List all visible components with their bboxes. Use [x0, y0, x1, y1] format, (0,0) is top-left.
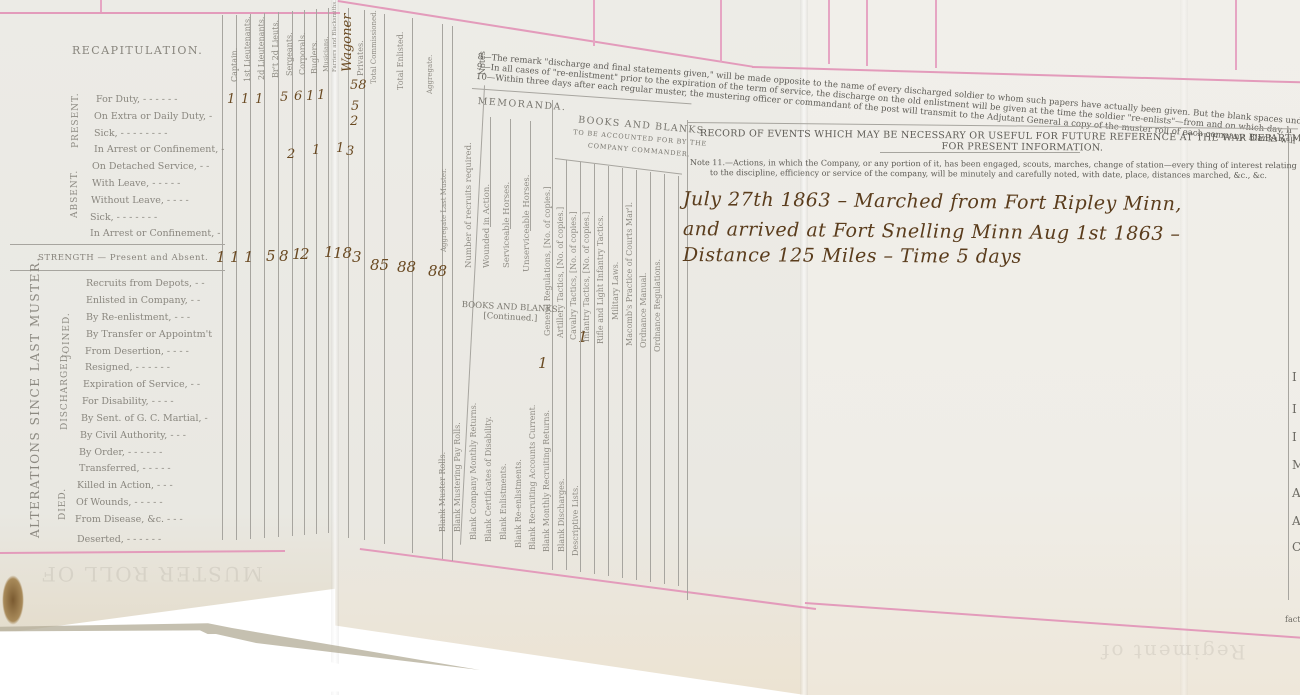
memo-col-recruits-required: Number of recruits required. — [464, 142, 474, 268]
row-label-without-leave: Without Leave, - - - - — [91, 195, 189, 206]
books-col-ordnance-regulations: Ordnance Regulations. — [653, 259, 662, 352]
grid-line — [650, 172, 651, 582]
row-label-resigned: Resigned, - - - - - - — [85, 362, 170, 373]
blank-muster-rolls: Blank Muster Rolls. — [438, 452, 447, 532]
row-label-arrest-present: In Arrest or Confinement, - — [94, 144, 224, 155]
edge-letter: A — [1292, 486, 1300, 500]
row-label-enlisted-company: Enlisted in Company, - - — [86, 295, 200, 306]
row-label-transfer-appointment: By Transfer or Appointm't — [86, 329, 212, 340]
col-header-buglers: Buglers. — [310, 40, 319, 74]
row-label-of-wounds: Of Wounds, - - - - - — [76, 497, 163, 508]
group-label-died: DIED. — [58, 488, 68, 520]
grid-line — [622, 168, 623, 578]
memo-col-unserviceable-horses: Unserviceable Horses. — [522, 175, 532, 272]
fold-crease — [1180, 0, 1188, 695]
pink-rule — [935, 0, 937, 68]
value-captain-for-duty: 1 — [227, 92, 235, 107]
water-stain — [2, 575, 24, 625]
grid-line — [304, 10, 305, 535]
pink-rule — [100, 0, 102, 12]
col-header-1st-lieutenants: 1st Lieutenants. — [243, 16, 252, 82]
grid-line — [384, 14, 385, 544]
record-entry-line-3: Distance 125 Miles – Time 5 days — [683, 244, 1022, 268]
grid-line — [250, 14, 251, 539]
grid-line — [566, 160, 567, 570]
edge-letter: I — [1292, 370, 1297, 384]
row-label-expiration-service: Expiration of Service, - - — [83, 379, 200, 390]
row-label-court-martial: By Sent. of G. C. Martial, - — [81, 413, 208, 424]
grid-line — [236, 15, 237, 540]
value-buglers-detached: 1 — [312, 143, 320, 158]
row-label-for-duty: For Duty, - - - - - - — [96, 94, 177, 105]
col-header-farriers: Farriers and Blacksmiths. — [332, 0, 338, 72]
grid-line — [278, 12, 279, 537]
col-header-privates: Privates. — [356, 40, 365, 76]
strength-2d-lt: 1 — [244, 248, 254, 266]
value-general-regulations: 1 — [538, 354, 548, 372]
strength-total-commissioned: 3 — [352, 248, 362, 266]
footer-fragment: fact — [1285, 615, 1300, 624]
group-label-discharged: DISCHARGED. — [60, 351, 70, 430]
strength-captain: 1 — [216, 248, 226, 266]
blank-mustering-pay-rolls: Blank Mustering Pay Rolls. — [453, 422, 462, 532]
pink-rule — [1235, 0, 1237, 70]
descriptive-lists: Descriptive Lists. — [571, 485, 580, 556]
col-header-captain: Captain. — [230, 48, 239, 82]
grid-line — [10, 270, 225, 271]
books-col-macombs-practice: Macomb's Practice of Courts Mar'l. — [625, 202, 634, 346]
strength-1st-lt: 1 — [230, 248, 240, 266]
blank-monthly-recruiting-returns: Blank Monthly Recruiting Returns. — [542, 410, 551, 552]
strength-total-enlisted: 85 — [370, 256, 389, 274]
edge-letter: I — [1292, 430, 1297, 444]
row-label-civil-authority: By Civil Authority, - - - — [80, 430, 186, 441]
grid-line — [552, 100, 553, 570]
strength-label: STRENGTH — Present and Absent. — [38, 253, 208, 263]
blank-recruiting-accounts: Blank Recruiting Accounts Current. — [528, 405, 537, 550]
row-label-killed-action: Killed in Action, - - - — [77, 480, 173, 491]
books-col-rifle-light-infantry: Rifle and Light Infantry Tactics. — [596, 215, 605, 344]
middle-page-panel — [335, 0, 805, 695]
col-header-sergeants: Sergeants. — [285, 32, 294, 76]
row-label-from-disease: From Disease, &c. - - - — [75, 514, 183, 525]
row-label-from-desertion: From Desertion, - - - - — [85, 346, 189, 357]
books-col-military-laws: Military Laws. — [611, 262, 620, 320]
edge-letter: C — [1292, 540, 1300, 554]
memo-col-serviceable-horses: Serviceable Horses. — [502, 182, 512, 268]
strength-aggregate-last-muster: 88 — [428, 262, 447, 280]
col-header-brevet-2d-lieuts: Br't 2d Lieuts. — [271, 20, 280, 78]
row-label-disability: For Disability, - - - - — [82, 396, 174, 407]
row-label-transferred: Transferred, - - - - - — [79, 463, 171, 474]
grid-line — [636, 170, 637, 580]
row-label-recruits-depots: Recruits from Depots, - - — [86, 278, 205, 289]
fold-crease — [331, 0, 339, 695]
value-buglers-for-duty: 1 — [306, 89, 314, 104]
row-label-deserted: Deserted, - - - - - - — [77, 534, 161, 545]
grid-line — [664, 174, 665, 584]
col-header-total-enlisted: Total Enlisted. — [396, 32, 405, 90]
value-sergeants-for-duty: 5 — [280, 90, 288, 105]
memo-col-wounded: Wounded in Action. — [482, 184, 492, 268]
document-scan: RECAPITULATION. Captain. 1st Lieutenants… — [0, 0, 1300, 695]
recapitulation-title: RECAPITULATION. — [72, 44, 203, 57]
value-2d-lt-for-duty: 1 — [255, 92, 263, 107]
value-wagoner-detached: 1 — [336, 141, 344, 156]
grid-line — [580, 162, 581, 572]
row-label-with-leave: With Leave, - - - - - — [92, 178, 180, 189]
edge-letter: M — [1292, 458, 1300, 472]
grid-line — [1288, 130, 1289, 600]
value-musicians-for-duty: 1 — [317, 88, 325, 103]
group-label-absent: ABSENT. — [70, 170, 80, 218]
value-privates-sick: 2 — [350, 114, 358, 129]
grid-line — [412, 18, 413, 553]
alterations-title: ALTERATIONS SINCE LAST MUSTER. — [28, 256, 42, 538]
pink-rule — [866, 0, 868, 66]
strength-privates: 18 — [333, 244, 352, 262]
blank-company-monthly-returns: Blank Company Monthly Returns. — [469, 403, 478, 540]
grid-line — [608, 166, 609, 576]
bleed-through-text: Regiment of — [1100, 640, 1246, 664]
edge-letter: I — [1292, 402, 1297, 416]
blank-enlistments: Blank Enlistments. — [499, 463, 508, 540]
grid-line — [328, 8, 329, 533]
row-label-reenlistment: By Re-enlistment, - - - — [86, 312, 190, 323]
col-header-total-commissioned: Total Commissioned. — [370, 10, 378, 84]
strength-corporals: 8 — [279, 247, 289, 265]
value-privates-for-duty: 58 — [350, 78, 367, 93]
col-header-aggregate: Aggregate. — [426, 55, 434, 94]
grid-line — [222, 15, 223, 540]
group-label-present: PRESENT. — [71, 92, 81, 148]
grid-line — [594, 164, 595, 574]
pink-rule — [0, 12, 340, 14]
strength-musicians: 2 — [300, 245, 310, 263]
blank-certificates-disability: Blank Certificates of Disability. — [484, 416, 493, 542]
blank-reenlistments: Blank Re-enlistments. — [514, 459, 523, 548]
pink-rule — [720, 0, 722, 62]
row-label-sick-absent: Sick, - - - - - - - — [90, 212, 157, 223]
row-label-extra-daily-duty: On Extra or Daily Duty, - — [94, 111, 212, 122]
pink-rule — [828, 0, 830, 64]
grid-line — [678, 176, 679, 586]
handwritten-wagoner-header: Wagoner — [340, 14, 355, 72]
record-of-events-note: Note 11.—Actions, in which the Company, … — [690, 158, 1297, 181]
row-label-arrest-absent: In Arrest or Confinement, - — [90, 228, 220, 239]
books-col-ordnance-manual: Ordnance Manual. — [639, 273, 648, 348]
blank-discharges: Blank Discharges. — [557, 478, 566, 552]
edge-letter: A — [1292, 514, 1300, 528]
col-header-2d-lieutenants: 2d Lieutenants. — [257, 17, 266, 80]
value-corporals-for-duty: 6 — [294, 89, 302, 104]
books-col-cavalry-tactics: Cavalry Tactics, [No. of copies.] — [569, 211, 578, 340]
strength-aggregate: 88 — [397, 258, 416, 276]
books-col-infantry-tactics: Infantry Tactics, [No. of copies.] — [582, 212, 591, 342]
row-label-by-order: By Order, - - - - - - — [79, 447, 162, 458]
col-header-musicians: Musicians. — [322, 37, 330, 72]
grid-line — [348, 8, 349, 538]
row-label-detached-service: On Detached Service, - - — [92, 161, 209, 172]
grid-line — [10, 244, 225, 245]
col-header-corporals: Corporals. — [298, 33, 307, 76]
grid-line — [292, 11, 293, 536]
bleed-through-text: MUSTER ROLL OF — [40, 562, 263, 586]
value-privates-extra-duty: 5 — [351, 99, 359, 114]
strength-sergeants: 5 — [266, 247, 276, 265]
grid-line — [880, 152, 1080, 153]
value-privates-detached: 3 — [346, 144, 354, 159]
grid-line — [264, 13, 265, 538]
value-1st-lt-for-duty: 1 — [241, 92, 249, 107]
row-label-sick-present: Sick, - - - - - - - - — [94, 128, 167, 139]
pink-rule — [593, 0, 595, 46]
col-header-aggregate-last-muster: Aggregate Last Muster. — [440, 168, 448, 252]
value-sergeants-detached: 2 — [287, 147, 295, 162]
